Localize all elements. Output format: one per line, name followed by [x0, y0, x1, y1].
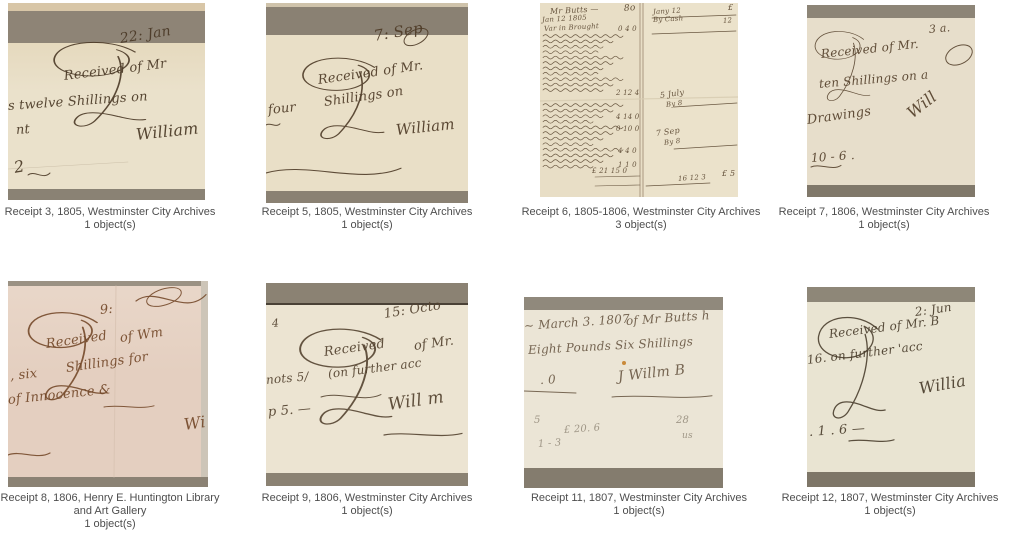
handwritten-text: 4 14 0: [616, 113, 639, 121]
photo-background-band: [8, 3, 205, 11]
receipt-title[interactable]: Receipt 12, 1807, Westminster City Archi…: [770, 492, 1010, 505]
handwritten-text: us: [682, 431, 693, 441]
receipt-caption: Receipt 11, 1807, Westminster City Archi…: [519, 492, 759, 518]
receipt-object-count: 1 object(s): [0, 518, 230, 531]
receipt-thumbnail-receipt-5[interactable]: 7: SepReceived of Mr.fourShillings onWil…: [266, 3, 468, 203]
receipt-caption: Receipt 9, 1806, Westminster City Archiv…: [247, 492, 487, 518]
handwritten-text: 9:: [99, 302, 114, 318]
photo-background-band: [266, 7, 468, 35]
photo-background-band: [524, 297, 723, 310]
receipt-title[interactable]: Receipt 5, 1805, Westminster City Archiv…: [247, 206, 487, 219]
handwritten-text: nt: [15, 122, 30, 138]
receipt-thumbnail-receipt-6[interactable]: Mr Butts —Jan 12 1805Var in Brought0 4 0…: [540, 3, 738, 197]
receipt-thumbnail-receipt-12[interactable]: 2: JunReceived of Mr. B16. on further 'a…: [807, 287, 975, 487]
handwritten-text: By Cash: [653, 14, 684, 24]
receipt-caption: Receipt 12, 1807, Westminster City Archi…: [770, 492, 1010, 518]
handwritten-text: 8o: [624, 3, 636, 14]
receipt-object-count: 3 object(s): [521, 219, 761, 232]
handwritten-text: 12: [723, 16, 733, 25]
photo-background-band: [8, 189, 205, 200]
receipt-title[interactable]: Receipt 3, 1805, Westminster City Archiv…: [0, 206, 230, 219]
receipt-caption: Receipt 5, 1805, Westminster City Archiv…: [247, 206, 487, 232]
receipt-object-count: 1 object(s): [519, 505, 759, 518]
receipt-object-count: 1 object(s): [247, 219, 487, 232]
handwritten-text: 0 10 0: [616, 125, 639, 133]
photo-background-band: [644, 3, 738, 197]
photo-background-band: [807, 5, 975, 18]
receipt-title[interactable]: Receipt 11, 1807, Westminster City Archi…: [519, 492, 759, 505]
receipt-title[interactable]: Receipt 7, 1806, Westminster City Archiv…: [764, 206, 1004, 219]
handwritten-text: £ 21 15 0: [592, 167, 627, 175]
handwritten-text: . 0: [540, 372, 557, 387]
receipt-title[interactable]: Receipt 6, 1805-1806, Westminster City A…: [521, 206, 761, 219]
receipt-thumbnail-receipt-9[interactable]: 15: Octo4Receivedof Mr.nots 5/(on furthe…: [266, 283, 468, 486]
photo-background-band: [8, 11, 205, 43]
receipt-object-count: 1 object(s): [764, 219, 1004, 232]
receipt-thumbnail-receipt-8[interactable]: 9:Receivedof Wm, sixShillings forof Inno…: [8, 281, 208, 487]
receipt-caption: Receipt 8, 1806, Henry E. Huntington Lib…: [0, 492, 230, 531]
photo-background-band: [201, 281, 208, 477]
receipt-object-count: 1 object(s): [247, 505, 487, 518]
handwritten-text: 4 4 0: [618, 147, 637, 155]
photo-background-band: [8, 477, 208, 487]
handwritten-text: 5: [534, 415, 541, 426]
handwritten-text: 2 12 4: [616, 89, 639, 97]
receipt-object-count: 1 object(s): [770, 505, 1010, 518]
photo-background-band: [807, 472, 975, 487]
receipt-caption: Receipt 7, 1806, Westminster City Archiv…: [764, 206, 1004, 232]
handwritten-text: , six: [9, 366, 38, 384]
handwritten-text: 3 a.: [928, 21, 950, 36]
photo-background-band: [807, 185, 975, 197]
receipt-caption: Receipt 3, 1805, Westminster City Archiv…: [0, 206, 230, 232]
photo-background-band: [524, 468, 723, 488]
receipt-thumbnail-receipt-11[interactable]: ~ March 3. 1807of Mr Butts hEight Pounds…: [524, 297, 723, 488]
handwritten-text: 4: [271, 316, 279, 330]
receipt-object-count: 1 object(s): [0, 219, 230, 232]
handwritten-text: £ 5: [722, 169, 735, 178]
photo-background-band: [8, 281, 208, 286]
receipt-thumbnail-receipt-7[interactable]: 3 a.Received of Mr.ten Shillings on aDra…: [807, 5, 975, 197]
handwritten-text: Wi: [183, 412, 207, 434]
receipt-title[interactable]: Receipt 9, 1806, Westminster City Archiv…: [247, 492, 487, 505]
photo-background-band: [266, 473, 468, 486]
photo-background-band: [266, 191, 468, 203]
receipt-caption: Receipt 6, 1805-1806, Westminster City A…: [521, 206, 761, 232]
handwritten-text: four: [267, 100, 296, 118]
handwritten-text: £: [728, 3, 733, 12]
receipt-thumbnail-receipt-3[interactable]: 22: JanReceived of Mrs twelve Shillings …: [8, 3, 205, 200]
handwritten-text: 0 4 0: [618, 25, 637, 33]
gallery-page: 22: JanReceived of Mrs twelve Shillings …: [0, 0, 1024, 545]
handwritten-text: 28: [676, 415, 689, 426]
handwritten-text: 1 - 3: [538, 437, 562, 450]
receipt-title[interactable]: Receipt 8, 1806, Henry E. Huntington Lib…: [0, 492, 230, 518]
